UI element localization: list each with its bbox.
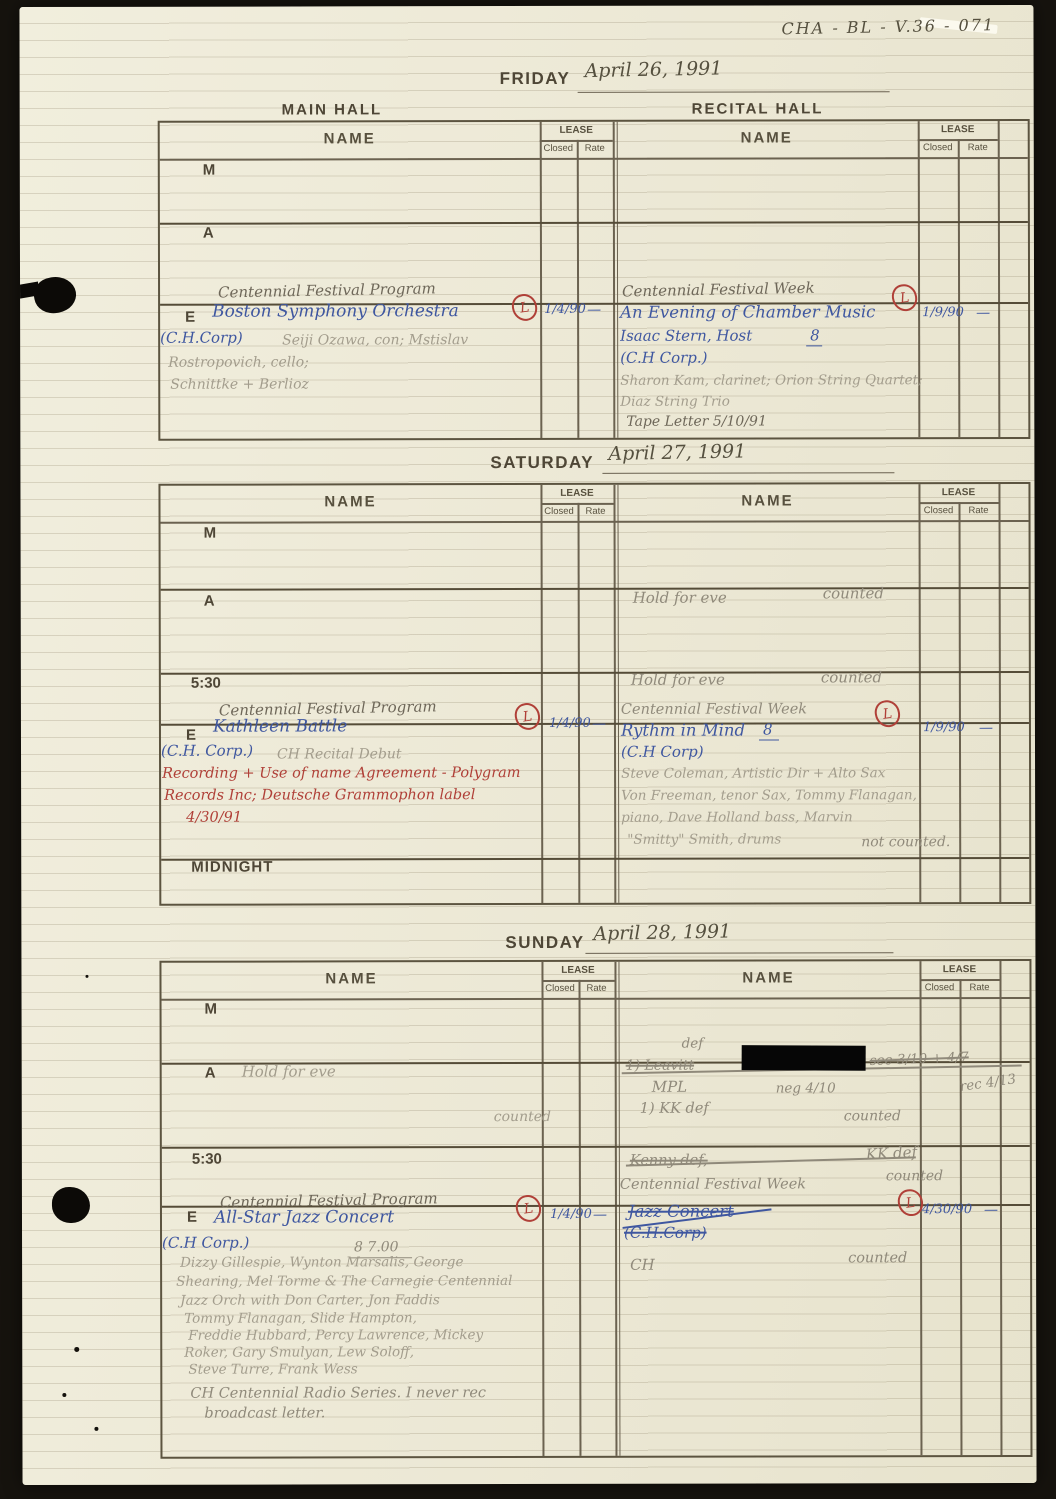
saturday-recital-pencil-line: Steve Coleman, Artistic Dir + Alto Sax — [621, 767, 885, 781]
friday-recital-time: 8 — [810, 328, 820, 343]
saturday-recital-time: 8 — [763, 722, 773, 737]
friday-recital-week-note: Centennial Festival Week — [622, 281, 815, 300]
recital-name-header: NAME — [616, 493, 918, 509]
friday-recital-lease-rate: — — [976, 306, 990, 320]
main-lease-header: LEASE — [540, 489, 613, 499]
recital-lease-header: LEASE — [918, 488, 998, 498]
saturday-main-red-note: Records Inc; Deutsche Grammophon label — [164, 788, 475, 803]
sunday-main-radio-note: CH Centennial Radio Series. I never rec — [190, 1386, 486, 1401]
friday-evening-label: E — [185, 310, 195, 325]
sunday-main-radio-note: broadcast letter. — [204, 1406, 325, 1421]
sunday-recital-evening-kk: KK def — [865, 1145, 917, 1163]
friday-recital-pencil-line: Diaz String Trio — [620, 396, 730, 410]
recital-rate-header: Rate — [959, 506, 999, 516]
friday-main-lease-closed: 1/4/90 — [544, 303, 586, 316]
row-line — [160, 221, 1028, 225]
lease-split-line — [919, 979, 999, 981]
friday-main-pencil-line: Rostropovich, cello; — [168, 355, 309, 369]
sunday-main-corp: (C.H Corp.) — [162, 1236, 249, 1251]
saturday-main-lease-rate: — — [592, 717, 606, 731]
sunday-recital-crossed-note: 1) Leavitt — [626, 1059, 694, 1073]
saturday-afternoon-label: A — [204, 594, 215, 609]
saturday-recital-lease-closed: 1/9/90 — [923, 721, 965, 734]
sunday-recital-kk-note: 1) KK def — [640, 1102, 709, 1117]
sunday-main-event: All-Star Jazz Concert — [214, 1209, 394, 1226]
sunday-recital-corp-crossed: (C.H.Corp) — [624, 1226, 707, 1241]
header-bottom-line — [160, 157, 1028, 160]
sunday-five-thirty-label: 5:30 — [192, 1152, 222, 1167]
friday-main-corp: (C.H.Corp) — [160, 331, 243, 346]
sunday-recital-mpl-note: MPL — [652, 1080, 687, 1095]
saturday-recital-pencil-line: piano, Dave Holland bass, Marvin — [621, 811, 853, 825]
main-name-header: NAME — [161, 971, 541, 987]
column-line — [541, 962, 544, 1456]
friday-main-pencil-line: Seiji Ozawa, con; Mstislav — [282, 333, 468, 347]
column-line — [540, 122, 542, 438]
column-line — [999, 961, 1002, 1455]
sunday-recital-counted-evening: counted — [886, 1169, 943, 1183]
saturday-five-thirty-label: 5:30 — [191, 676, 221, 691]
sunday-recital-hall-note: CH — [630, 1258, 655, 1273]
sunday-recital-event-crossed: Jazz Concert — [628, 1204, 734, 1221]
main-lease-header: LEASE — [540, 126, 613, 136]
sunday-date-handwritten: April 28, 1991 — [593, 922, 731, 944]
row-line — [161, 587, 1029, 591]
recital-name-header: NAME — [616, 130, 918, 146]
main-rate-header: Rate — [579, 984, 615, 994]
main-lease-header: LEASE — [541, 966, 614, 976]
sunday-morning-label: M — [205, 1002, 218, 1017]
friday-main-event: Boston Symphony Orchestra — [212, 303, 459, 321]
sunday-main-performers-line: Freddie Hubbard, Percy Lawrence, Mickey — [188, 1329, 483, 1343]
recital-rate-header: Rate — [959, 983, 999, 993]
saturday-recital-week-note: Centennial Festival Week — [621, 702, 807, 717]
paper-speck — [74, 1347, 79, 1352]
sunday-main-performers-line: Roker, Gary Smulyan, Lew Soloff, — [184, 1346, 414, 1360]
saturday-main-red-note: 4/30/91 — [186, 811, 242, 826]
row-line — [161, 671, 1029, 675]
column-line — [958, 139, 960, 437]
main-hall-heading: MAIN HALL — [282, 102, 383, 117]
hall-divider-line — [614, 962, 617, 1456]
saturday-recital-corp: (C.H Corp) — [621, 745, 704, 760]
saturday-main-lease-closed: 1/4/90 — [549, 717, 591, 730]
column-line — [577, 503, 579, 903]
sunday-main-performers-line: Shearing, Mel Torme & The Carnegie Cente… — [176, 1275, 512, 1289]
recital-closed-header: Closed — [919, 983, 959, 993]
hall-divider-line — [613, 485, 615, 903]
friday-date-handwritten: April 26, 1991 — [584, 59, 722, 81]
sunday-main-performers-line: Jazz Orch with Don Carter, Jon Faddis — [180, 1294, 440, 1308]
recital-closed-header: Closed — [918, 143, 958, 153]
main-rate-header: Rate — [577, 144, 613, 154]
main-closed-header: Closed — [542, 984, 579, 994]
sunday-main-performers-line: Steve Turre, Frank Wess — [188, 1363, 357, 1377]
saturday-midnight-label: MIDNIGHT — [191, 860, 273, 875]
saturday-recital-pencil-line: Von Freeman, tenor Sax, Tommy Flanagan, — [621, 789, 917, 803]
sunday-main-hold-afternoon-status: counted — [494, 1110, 551, 1124]
scan-background: CHA - BL - V.36 - 071 FRIDAY April 26, 1… — [0, 0, 1056, 1499]
friday-afternoon-label: A — [203, 226, 214, 241]
saturday-recital-hold-evening: Hold for eve — [631, 673, 725, 688]
recital-hall-heading: RECITAL HALL — [692, 101, 824, 116]
sunday-date-underline — [585, 952, 893, 954]
lease-split-line — [540, 503, 613, 505]
friday-day-label: FRIDAY — [500, 70, 571, 87]
friday-morning-label: M — [203, 163, 216, 178]
column-line — [998, 484, 1000, 902]
sunday-main-price-note: 8 7.00 — [354, 1240, 399, 1254]
sunday-recital-crossed-evening: Kenny def, — [630, 1154, 708, 1169]
hall-divider-line — [613, 122, 615, 438]
lease-split-line — [540, 140, 613, 142]
recital-name-header: NAME — [617, 970, 919, 986]
sunday-main-lease-rate: — — [593, 1208, 607, 1222]
sunday-main-lease-closed: 1/4/90 — [550, 1208, 592, 1221]
time-underline — [759, 739, 779, 740]
main-closed-header: Closed — [541, 507, 578, 517]
recital-lease-header: LEASE — [918, 125, 998, 135]
header-bottom-line — [161, 520, 1029, 523]
redaction-box — [742, 1045, 866, 1071]
row-line — [161, 857, 1029, 861]
saturday-date-underline — [602, 472, 894, 474]
recital-closed-header: Closed — [919, 506, 959, 516]
main-name-header: NAME — [160, 131, 540, 147]
saturday-recital-not-counted: not counted. — [861, 835, 950, 849]
sunday-recital-week-note: Centennial Festival Week — [620, 1177, 806, 1192]
saturday-main-corp: (C.H. Corp.) — [161, 744, 253, 759]
friday-recital-host-line: Isaac Stern, Host — [620, 329, 752, 344]
lease-split-line — [541, 980, 614, 982]
saturday-date-handwritten: April 27, 1991 — [608, 442, 746, 464]
sunday-recital-counted-afternoon: counted — [844, 1109, 901, 1123]
saturday-recital-event: Rythm in Mind — [621, 723, 745, 740]
saturday-main-red-note: Recording + Use of name Agreement - Poly… — [162, 766, 520, 781]
header-bottom-line — [162, 997, 1030, 1000]
hole-punch — [52, 1187, 90, 1223]
friday-recital-event: An Evening of Chamber Music — [620, 304, 875, 321]
saturday-morning-label: M — [204, 526, 217, 541]
lease-split-line — [918, 502, 998, 504]
recital-lease-header: LEASE — [919, 965, 999, 975]
paper-speck — [85, 975, 88, 978]
recital-rate-header: Rate — [958, 143, 998, 153]
main-name-header: NAME — [160, 494, 540, 510]
saturday-main-debut-note: CH Recital Debut — [277, 747, 402, 761]
ledger-page: CHA - BL - V.36 - 071 FRIDAY April 26, 1… — [19, 5, 1036, 1485]
hall-divider-line — [618, 962, 620, 1456]
main-rate-header: Rate — [578, 507, 614, 517]
archive-reference-note: CHA - BL - V.36 - 071 — [781, 17, 995, 37]
saturday-main-event: Kathleen Battle — [213, 718, 347, 735]
saturday-day-label: SATURDAY — [490, 454, 594, 471]
sunday-evening-label: E — [187, 1210, 197, 1225]
sunday-main-performers-line: Tommy Flanagan, Slide Hampton, — [184, 1312, 417, 1326]
sunday-main-hold-afternoon: Hold for eve — [242, 1064, 336, 1079]
saturday-recital-hold-afternoon-status: counted — [823, 586, 884, 601]
sunday-afternoon-label: A — [205, 1066, 216, 1081]
column-line — [540, 485, 542, 903]
saturday-recital-hold-afternoon: Hold for eve — [633, 591, 727, 606]
column-line — [577, 140, 579, 438]
column-line — [998, 121, 1000, 437]
friday-recital-pencil-line: Sharon Kam, clarinet; Orion String Quart… — [620, 374, 922, 388]
column-line — [958, 502, 960, 902]
friday-main-lease-rate: — — [587, 303, 601, 317]
saturday-evening-label: E — [186, 728, 196, 743]
lease-split-line — [918, 139, 998, 141]
friday-recital-corp: (C.H Corp.) — [620, 351, 707, 366]
main-closed-header: Closed — [540, 144, 577, 154]
paper-speck — [94, 1427, 98, 1431]
friday-recital-tape-note: Tape Letter 5/10/91 — [626, 414, 767, 428]
sunday-recital-def-note: def — [682, 1038, 704, 1052]
paper-speck — [62, 1393, 66, 1397]
sunday-day-label: SUNDAY — [505, 934, 584, 951]
friday-recital-lease-closed: 1/9/90 — [922, 306, 964, 319]
sunday-recital-lease-closed: 4/30/90 — [922, 1203, 972, 1216]
time-underline — [806, 345, 822, 346]
hall-divider-line — [617, 122, 619, 438]
sunday-recital-lease-rate: — — [984, 1203, 998, 1217]
saturday-recital-pencil-line: "Smitty" Smith, drums — [627, 833, 781, 847]
sunday-recital-neg-note: neg 4/10 — [776, 1082, 836, 1096]
saturday-recital-lease-rate: — — [979, 721, 993, 735]
friday-date-underline — [578, 91, 890, 93]
hole-punch — [31, 274, 79, 317]
sunday-recital-counted-event: counted — [848, 1251, 907, 1266]
sunday-main-performers-line: Dizzy Gillespie, Wynton Marsalis, George — [180, 1256, 463, 1270]
hall-divider-line — [617, 485, 619, 903]
saturday-recital-hold-evening-status: counted — [821, 670, 882, 685]
friday-main-pencil-line: Schnittke + Berlioz — [170, 377, 309, 391]
column-line — [918, 121, 920, 437]
friday-main-program-note: Centennial Festival Program — [218, 281, 436, 300]
